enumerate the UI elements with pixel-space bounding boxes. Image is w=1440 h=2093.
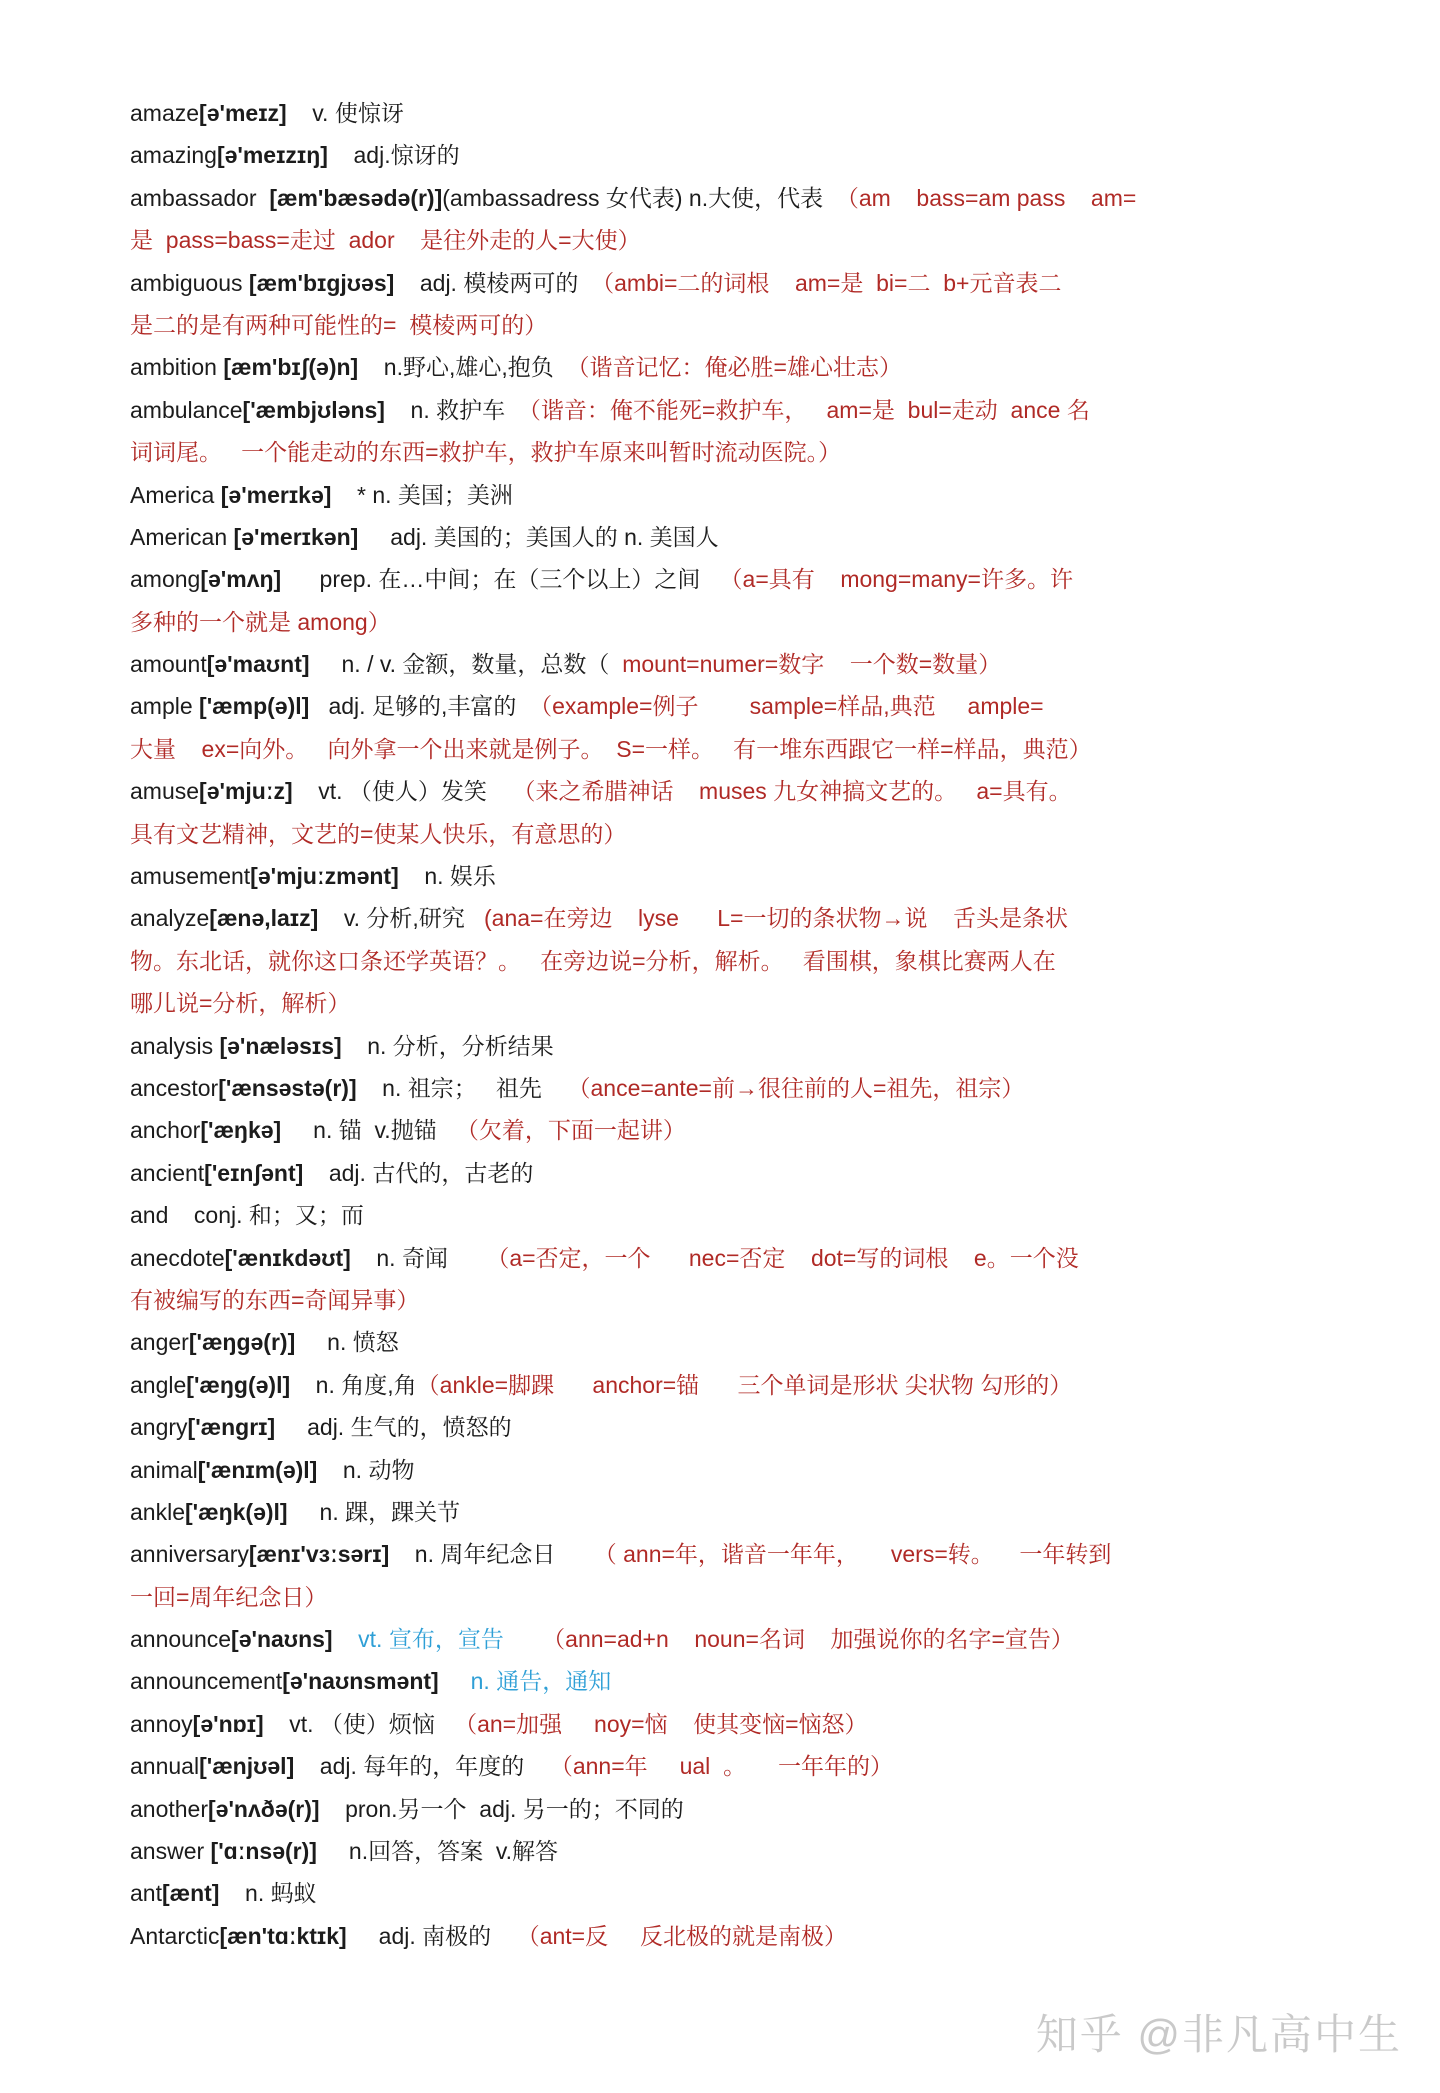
definition: n. / v. 金额，数量，总数（ bbox=[310, 651, 610, 677]
headword: Antarctic bbox=[130, 1923, 219, 1949]
headword: animal bbox=[130, 1457, 198, 1483]
headword: ankle bbox=[130, 1499, 185, 1525]
word-list: amaze[ə'meɪz] v. 使惊讶amazing[ə'meɪzɪŋ] ad… bbox=[130, 92, 1320, 1957]
mnemonic-note: 多种的一个就是 among） bbox=[130, 609, 391, 635]
phonetic: [ə'naʊnsmənt] bbox=[282, 1668, 439, 1694]
definition: v. 分析,研究 bbox=[318, 905, 484, 931]
headword: answer bbox=[130, 1838, 211, 1864]
entry-line: Antarctic[æn'tɑːktɪk] adj. 南极的 （ant=反 反北… bbox=[130, 1915, 1320, 1957]
phonetic: ['ɑːnsə(r)] bbox=[211, 1838, 317, 1864]
definition: adj. 每年的，年度的 bbox=[294, 1753, 550, 1779]
mnemonic-note: （am bass=am pass am= bbox=[836, 185, 1136, 211]
mnemonic-note: （ant=反 反北极的就是南极） bbox=[517, 1923, 847, 1949]
definition-highlight: vt. 宣布，宣告 bbox=[333, 1626, 543, 1652]
mnemonic-note: 哪儿说=分析，解析） bbox=[130, 990, 350, 1016]
headword: ample bbox=[130, 693, 199, 719]
headword: anchor bbox=[130, 1117, 200, 1143]
mnemonic-note: 一回=周年纪念日） bbox=[130, 1584, 327, 1610]
phonetic: ['ænsəstə(r)] bbox=[218, 1075, 356, 1101]
mnemonic-note: （example=例子 sample=样品,典范 ample= bbox=[529, 693, 1043, 719]
mnemonic-note: 是二的是有两种可能性的= 模棱两可的） bbox=[130, 312, 547, 338]
entry-line: ant[ænt] n. 蚂蚁 bbox=[130, 1872, 1320, 1914]
definition: n. 踝，踝关节 bbox=[288, 1499, 461, 1525]
definition: vt. （使人）发笑 bbox=[293, 778, 513, 804]
phonetic: [ænə,laɪz] bbox=[209, 905, 318, 931]
phonetic: ['ængrɪ] bbox=[188, 1414, 276, 1440]
definition: adj. 足够的,丰富的 bbox=[309, 693, 529, 719]
mnemonic-note: （ambi=二的词根 am=是 bi=二 b+元音表二 bbox=[591, 270, 1061, 296]
entry-line: ancient['eɪnʃənt] adj. 古代的，古老的 bbox=[130, 1152, 1320, 1194]
headword: ambiguous bbox=[130, 270, 249, 296]
definition: n. 周年纪念日 bbox=[389, 1541, 593, 1567]
entry-line: anniversary[ænɪ'vɜːsərɪ] n. 周年纪念日 （ ann=… bbox=[130, 1533, 1320, 1575]
entry-line: ambition [æm'bɪʃ(ə)n] n.野心,雄心,抱负 （谐音记忆：俺… bbox=[130, 346, 1320, 388]
definition: v. 使惊讶 bbox=[287, 100, 404, 126]
entry-line: American [ə'merɪkən] adj. 美国的；美国人的 n. 美国… bbox=[130, 516, 1320, 558]
definition: adj. 美国的；美国人的 n. 美国人 bbox=[358, 524, 718, 550]
entry-line: angle['æŋg(ə)l] n. 角度,角（ankle=脚踝 anchor=… bbox=[130, 1364, 1320, 1406]
entry-line: ambassador [æm'bæsədə(r)](ambassadress 女… bbox=[130, 177, 1320, 219]
entry-line: and conj. 和；又；而 bbox=[130, 1194, 1320, 1236]
headword: ancestor bbox=[130, 1075, 218, 1101]
mnemonic-note: （ann=年 ual 。 一年年的） bbox=[550, 1753, 893, 1779]
mnemonic-note: （欠着，下面一起讲） bbox=[456, 1117, 686, 1143]
entry-line: 大量 ex=向外。 向外拿一个出来就是例子。 S=一样。 有一堆东西跟它一样=样… bbox=[130, 728, 1320, 770]
entry-line: 是二的是有两种可能性的= 模棱两可的） bbox=[130, 304, 1320, 346]
headword: and bbox=[130, 1202, 168, 1228]
phonetic: ['ænɪm(ə)l] bbox=[198, 1457, 318, 1483]
entry-line: analyze[ænə,laɪz] v. 分析,研究 (ana=在旁边 lyse… bbox=[130, 897, 1320, 939]
entry-line: ample ['æmp(ə)l] adj. 足够的,丰富的 （example=例… bbox=[130, 685, 1320, 727]
definition: n. 锚 v.抛锚 bbox=[281, 1117, 456, 1143]
entry-line: ambulance['æmbjʊləns] n. 救护车 （谐音：俺不能死=救护… bbox=[130, 389, 1320, 431]
entry-line: 一回=周年纪念日） bbox=[130, 1576, 1320, 1618]
definition-highlight: n. 通告，通知 bbox=[439, 1668, 612, 1694]
headword: amount bbox=[130, 651, 207, 677]
phonetic: ['æŋkə] bbox=[200, 1117, 281, 1143]
headword: analysis bbox=[130, 1033, 219, 1059]
definition: n. 娱乐 bbox=[399, 863, 496, 889]
phonetic: [ə'meɪz] bbox=[199, 100, 287, 126]
entry-line: angry['ængrɪ] adj. 生气的，愤怒的 bbox=[130, 1406, 1320, 1448]
phonetic: [ə'merɪkən] bbox=[234, 524, 359, 550]
headword: ancient bbox=[130, 1160, 204, 1186]
headword: ambassador bbox=[130, 185, 269, 211]
phonetic: ['æŋgə(r)] bbox=[189, 1329, 295, 1355]
definition: n. 角度,角 bbox=[290, 1372, 417, 1398]
definition: adj. 模棱两可的 bbox=[394, 270, 591, 296]
document-page: amaze[ə'meɪz] v. 使惊讶amazing[ə'meɪzɪŋ] ad… bbox=[0, 0, 1440, 2093]
phonetic: [ænɪ'vɜːsərɪ] bbox=[249, 1541, 389, 1567]
mnemonic-note: （an=加强 noy=恼 使其变恼=恼怒） bbox=[454, 1711, 867, 1737]
definition: n. 动物 bbox=[317, 1457, 414, 1483]
headword: American bbox=[130, 524, 234, 550]
entry-line: amusement[ə'mjuːzmənt] n. 娱乐 bbox=[130, 855, 1320, 897]
phonetic: ['ænɪkdəʊt] bbox=[225, 1245, 351, 1271]
definition: adj. 南极的 bbox=[347, 1923, 517, 1949]
entry-line: anger['æŋgə(r)] n. 愤怒 bbox=[130, 1321, 1320, 1363]
entry-line: 物。东北话，就你这口条还学英语？。 在旁边说=分析，解析。 看围棋，象棋比赛两人… bbox=[130, 940, 1320, 982]
zhihu-watermark: 知乎 @非凡高中生 bbox=[1036, 2002, 1402, 2062]
headword: annual bbox=[130, 1753, 199, 1779]
headword: annoy bbox=[130, 1711, 193, 1737]
phonetic: ['æŋg(ə)l] bbox=[186, 1372, 290, 1398]
headword: angle bbox=[130, 1372, 186, 1398]
definition: (ambassadress 女代表) n.大使，代表 bbox=[442, 185, 836, 211]
headword: amaze bbox=[130, 100, 199, 126]
phonetic: [ə'mjuːzmənt] bbox=[250, 863, 399, 889]
phonetic: [ə'naʊns] bbox=[231, 1626, 333, 1652]
mnemonic-note: (ana=在旁边 lyse L=一切的条状物→说 舌头是条状 bbox=[484, 905, 1068, 931]
entry-line: announcement[ə'naʊnsmənt] n. 通告，通知 bbox=[130, 1660, 1320, 1702]
phonetic: [ə'mʌŋ] bbox=[200, 566, 281, 592]
phonetic: [æm'bæsədə(r)] bbox=[269, 185, 442, 211]
headword: ant bbox=[130, 1880, 162, 1906]
headword: analyze bbox=[130, 905, 209, 931]
entry-line: 多种的一个就是 among） bbox=[130, 601, 1320, 643]
phonetic: ['ænjʊəl] bbox=[199, 1753, 294, 1779]
phonetic: [æm'bɪʃ(ə)n] bbox=[223, 354, 358, 380]
headword: another bbox=[130, 1796, 208, 1822]
definition: adj. 生气的，愤怒的 bbox=[275, 1414, 511, 1440]
definition: vt. （使）烦恼 bbox=[264, 1711, 454, 1737]
headword: announce bbox=[130, 1626, 231, 1652]
entry-line: ankle['æŋk(ə)l] n. 踝，踝关节 bbox=[130, 1491, 1320, 1533]
definition: n. 蚂蚁 bbox=[219, 1880, 316, 1906]
headword: angry bbox=[130, 1414, 188, 1440]
definition: conj. 和；又；而 bbox=[168, 1202, 364, 1228]
mnemonic-note: （a=具有 mong=many=许多。许 bbox=[720, 566, 1073, 592]
mnemonic-note: 有被编写的东西=奇闻异事） bbox=[130, 1287, 419, 1313]
headword: among bbox=[130, 566, 200, 592]
entry-line: answer ['ɑːnsə(r)] n.回答，答案 v.解答 bbox=[130, 1830, 1320, 1872]
mnemonic-note: 物。东北话，就你这口条还学英语？。 在旁边说=分析，解析。 看围棋，象棋比赛两人… bbox=[130, 948, 1056, 974]
entry-line: among[ə'mʌŋ] prep. 在…中间；在（三个以上）之间 （a=具有 … bbox=[130, 558, 1320, 600]
definition: * n. 美国；美洲 bbox=[331, 482, 512, 508]
headword: ambulance bbox=[130, 397, 243, 423]
definition: n. 愤怒 bbox=[295, 1329, 399, 1355]
entry-line: analysis [ə'næləsɪs] n. 分析，分析结果 bbox=[130, 1025, 1320, 1067]
phonetic: [æn'tɑːktɪk] bbox=[219, 1923, 346, 1949]
phonetic: ['eɪnʃənt] bbox=[204, 1160, 303, 1186]
entry-line: amount[ə'maʊnt] n. / v. 金额，数量，总数（ mount=… bbox=[130, 643, 1320, 685]
entry-line: another[ə'nʌðə(r)] pron.另一个 adj. 另一的；不同的 bbox=[130, 1788, 1320, 1830]
entry-line: 哪儿说=分析，解析） bbox=[130, 982, 1320, 1024]
entry-line: America [ə'merɪkə] * n. 美国；美洲 bbox=[130, 474, 1320, 516]
entry-line: announce[ə'naʊns] vt. 宣布，宣告 （ann=ad+n no… bbox=[130, 1618, 1320, 1660]
definition: n. 救护车 bbox=[385, 397, 518, 423]
definition: n.回答，答案 v.解答 bbox=[317, 1838, 558, 1864]
mnemonic-note: 词词尾。 一个能走动的东西=救护车，救护车原来叫暂时流动医院。） bbox=[130, 439, 841, 465]
mnemonic-note: （ann=ad+n noun=名词 加强说你的名字=宣告） bbox=[542, 1626, 1074, 1652]
entry-line: amuse[ə'mjuːz] vt. （使人）发笑 （来之希腊神话 muses … bbox=[130, 770, 1320, 812]
entry-line: ancestor['ænsəstə(r)] n. 祖宗； 祖先 （ance=an… bbox=[130, 1067, 1320, 1109]
mnemonic-note: 是 pass=bass=走过 ador 是往外走的人=大使） bbox=[130, 227, 641, 253]
headword: anecdote bbox=[130, 1245, 225, 1271]
mnemonic-note: （a=否定，一个 nec=否定 dot=写的词根 e。一个没 bbox=[486, 1245, 1078, 1271]
phonetic: [ə'nɒɪ] bbox=[193, 1711, 264, 1737]
mnemonic-note: （谐音：俺不能死=救护车， am=是 bul=走动 ance 名 bbox=[518, 397, 1090, 423]
entry-line: 是 pass=bass=走过 ador 是往外走的人=大使） bbox=[130, 219, 1320, 261]
mnemonic-note: 具有文艺精神，文艺的=使某人快乐，有意思的） bbox=[130, 821, 626, 847]
phonetic: ['æmbjʊləns] bbox=[243, 397, 385, 423]
definition: adj.惊讶的 bbox=[328, 142, 460, 168]
entry-line: animal['ænɪm(ə)l] n. 动物 bbox=[130, 1449, 1320, 1491]
phonetic: ['æmp(ə)l] bbox=[199, 693, 309, 719]
entry-line: annoy[ə'nɒɪ] vt. （使）烦恼 （an=加强 noy=恼 使其变恼… bbox=[130, 1703, 1320, 1745]
phonetic: [ə'merɪkə] bbox=[221, 482, 332, 508]
entry-line: 词词尾。 一个能走动的东西=救护车，救护车原来叫暂时流动医院。） bbox=[130, 431, 1320, 473]
mnemonic-note: mount=numer=数字 一个数=数量） bbox=[609, 651, 1001, 677]
mnemonic-note: 大量 ex=向外。 向外拿一个出来就是例子。 S=一样。 有一堆东西跟它一样=样… bbox=[130, 736, 1092, 762]
definition: n. 祖宗； 祖先 bbox=[357, 1075, 568, 1101]
phonetic: [ə'maʊnt] bbox=[207, 651, 310, 677]
entry-line: 有被编写的东西=奇闻异事） bbox=[130, 1279, 1320, 1321]
headword: amusement bbox=[130, 863, 250, 889]
definition: adj. 古代的，古老的 bbox=[303, 1160, 533, 1186]
headword: America bbox=[130, 482, 221, 508]
mnemonic-note: （ ann=年，谐音一年年， vers=转。 一年转到 bbox=[594, 1541, 1112, 1567]
entry-line: anchor['æŋkə] n. 锚 v.抛锚 （欠着，下面一起讲） bbox=[130, 1109, 1320, 1151]
entry-line: amaze[ə'meɪz] v. 使惊讶 bbox=[130, 92, 1320, 134]
phonetic: [ə'meɪzɪŋ] bbox=[217, 142, 328, 168]
definition: n. 奇闻 bbox=[351, 1245, 486, 1271]
headword: anniversary bbox=[130, 1541, 249, 1567]
mnemonic-note: （来之希腊神话 muses 九女神搞文艺的。 a=具有。 bbox=[512, 778, 1071, 804]
phonetic: [ə'næləsɪs] bbox=[219, 1033, 341, 1059]
phonetic: [ə'nʌðə(r)] bbox=[208, 1796, 320, 1822]
phonetic: [ə'mjuːz] bbox=[199, 778, 293, 804]
entry-line: anecdote['ænɪkdəʊt] n. 奇闻 （a=否定，一个 nec=否… bbox=[130, 1237, 1320, 1279]
headword: ambition bbox=[130, 354, 223, 380]
headword: anger bbox=[130, 1329, 189, 1355]
definition: prep. 在…中间；在（三个以上）之间 bbox=[281, 566, 719, 592]
entry-line: amazing[ə'meɪzɪŋ] adj.惊讶的 bbox=[130, 134, 1320, 176]
definition: n. 分析，分析结果 bbox=[342, 1033, 554, 1059]
entry-line: ambiguous [æm'bɪgjʊəs] adj. 模棱两可的 （ambi=… bbox=[130, 262, 1320, 304]
phonetic: ['æŋk(ə)l] bbox=[185, 1499, 288, 1525]
entry-line: 具有文艺精神，文艺的=使某人快乐，有意思的） bbox=[130, 813, 1320, 855]
phonetic: [ænt] bbox=[162, 1880, 219, 1906]
headword: announcement bbox=[130, 1668, 282, 1694]
mnemonic-note: （ance=ante=前→很往前的人=祖先，祖宗） bbox=[567, 1075, 1024, 1101]
phonetic: [æm'bɪgjʊəs] bbox=[249, 270, 394, 296]
headword: amuse bbox=[130, 778, 199, 804]
mnemonic-note: （谐音记忆：俺必胜=雄心壮志） bbox=[567, 354, 902, 380]
mnemonic-note: （ankle=脚踝 anchor=锚 三个单词是形状 尖状物 勾形的） bbox=[417, 1372, 1073, 1398]
definition: pron.另一个 adj. 另一的；不同的 bbox=[320, 1796, 684, 1822]
entry-line: annual['ænjʊəl] adj. 每年的，年度的 （ann=年 ual … bbox=[130, 1745, 1320, 1787]
headword: amazing bbox=[130, 142, 217, 168]
definition: n.野心,雄心,抱负 bbox=[358, 354, 566, 380]
